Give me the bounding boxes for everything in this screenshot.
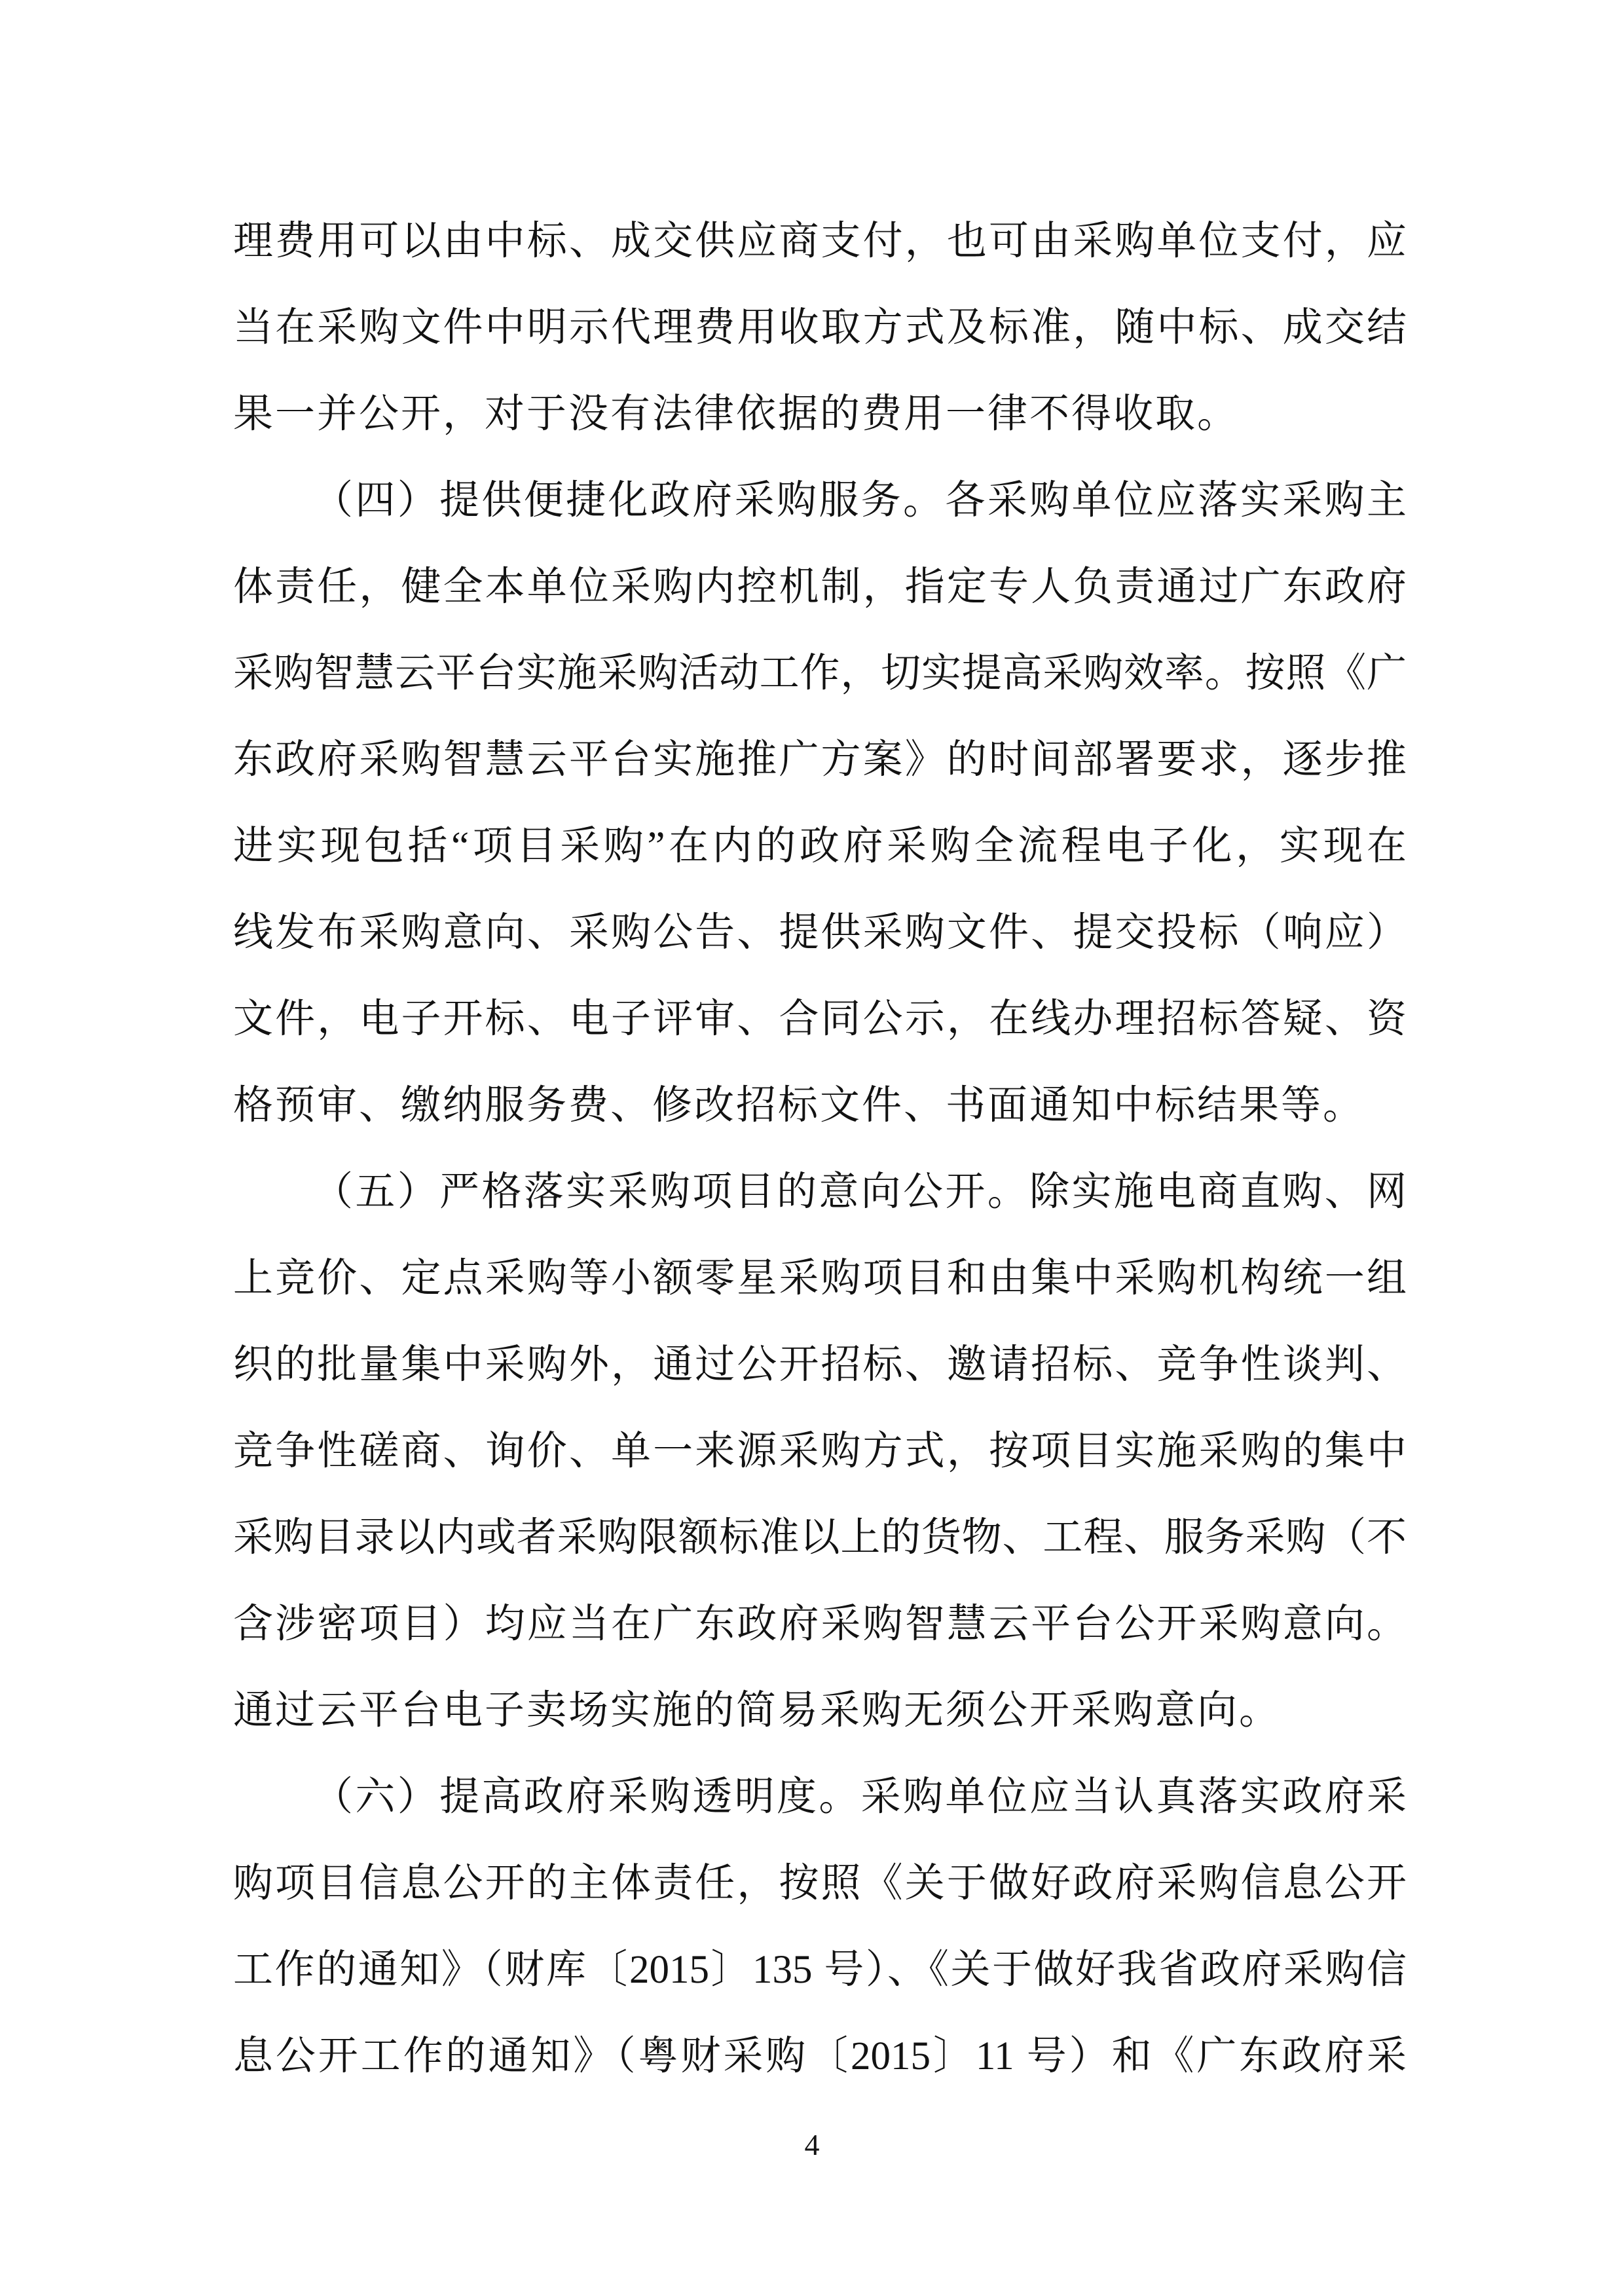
text-line: （四）提供便捷化政府采购服务。各采购单位应落实采购主 — [233, 458, 1407, 544]
text-line: 上竞价、定点采购等小额零星采购项目和由集中采购机构统一组 — [233, 1236, 1407, 1322]
text-line: 文件，电子开标、电子评审、合同公示，在线办理招标答疑、资 — [233, 976, 1407, 1063]
text-line: （五）严格落实采购项目的意向公开。除实施电商直购、网 — [233, 1149, 1407, 1236]
text-line: 息公开工作的通知》（粤财采购〔2015〕11 号）和《广东政府采 — [233, 2013, 1407, 2100]
text-line: 格预审、缴纳服务费、修改招标文件、书面通知中标结果等。 — [233, 1063, 1407, 1149]
text-line: 东政府采购智慧云平台实施推广方案》的时间部署要求，逐步推 — [233, 717, 1407, 803]
text-line: 工作的通知》（财库〔2015〕135 号）、《关于做好我省政府采购信 — [233, 1927, 1407, 2013]
text-line: 果一并公开，对于没有法律依据的费用一律不得收取。 — [233, 371, 1407, 458]
text-line: 当在采购文件中明示代理费用收取方式及标准，随中标、成交结 — [233, 285, 1407, 371]
text-line: 购项目信息公开的主体责任，按照《关于做好政府采购信息公开 — [233, 1841, 1407, 1927]
text-line: 线发布采购意向、采购公告、提供采购文件、提交投标（响应） — [233, 890, 1407, 976]
text-line: 体责任，健全本单位采购内控机制，指定专人负责通过广东政府 — [233, 544, 1407, 631]
text-line: 织的批量集中采购外，通过公开招标、邀请招标、竞争性谈判、 — [233, 1322, 1407, 1408]
text-line: 进实现包括“项目采购”在内的政府采购全流程电子化，实现在 — [233, 803, 1407, 890]
text-line: 含涉密项目）均应当在广东政府采购智慧云平台公开采购意向。 — [233, 1581, 1407, 1668]
document-page: 理费用可以由中标、成交供应商支付，也可由采购单位支付，应 当在采购文件中明示代理… — [0, 0, 1624, 2295]
text-line: 通过云平台电子卖场实施的简易采购无须公开采购意向。 — [233, 1668, 1407, 1754]
text-line: 采购目录以内或者采购限额标准以上的货物、工程、服务采购（不 — [233, 1495, 1407, 1581]
text-line: （六）提高政府采购透明度。采购单位应当认真落实政府采 — [233, 1754, 1407, 1841]
document-body: 理费用可以由中标、成交供应商支付，也可由采购单位支付，应 当在采购文件中明示代理… — [233, 198, 1407, 2100]
text-line: 理费用可以由中标、成交供应商支付，也可由采购单位支付，应 — [233, 198, 1407, 285]
text-line: 采购智慧云平台实施采购活动工作，切实提高采购效率。按照《广 — [233, 631, 1407, 717]
page-number: 4 — [0, 2125, 1624, 2165]
text-line: 竞争性磋商、询价、单一来源采购方式，按项目实施采购的集中 — [233, 1408, 1407, 1495]
